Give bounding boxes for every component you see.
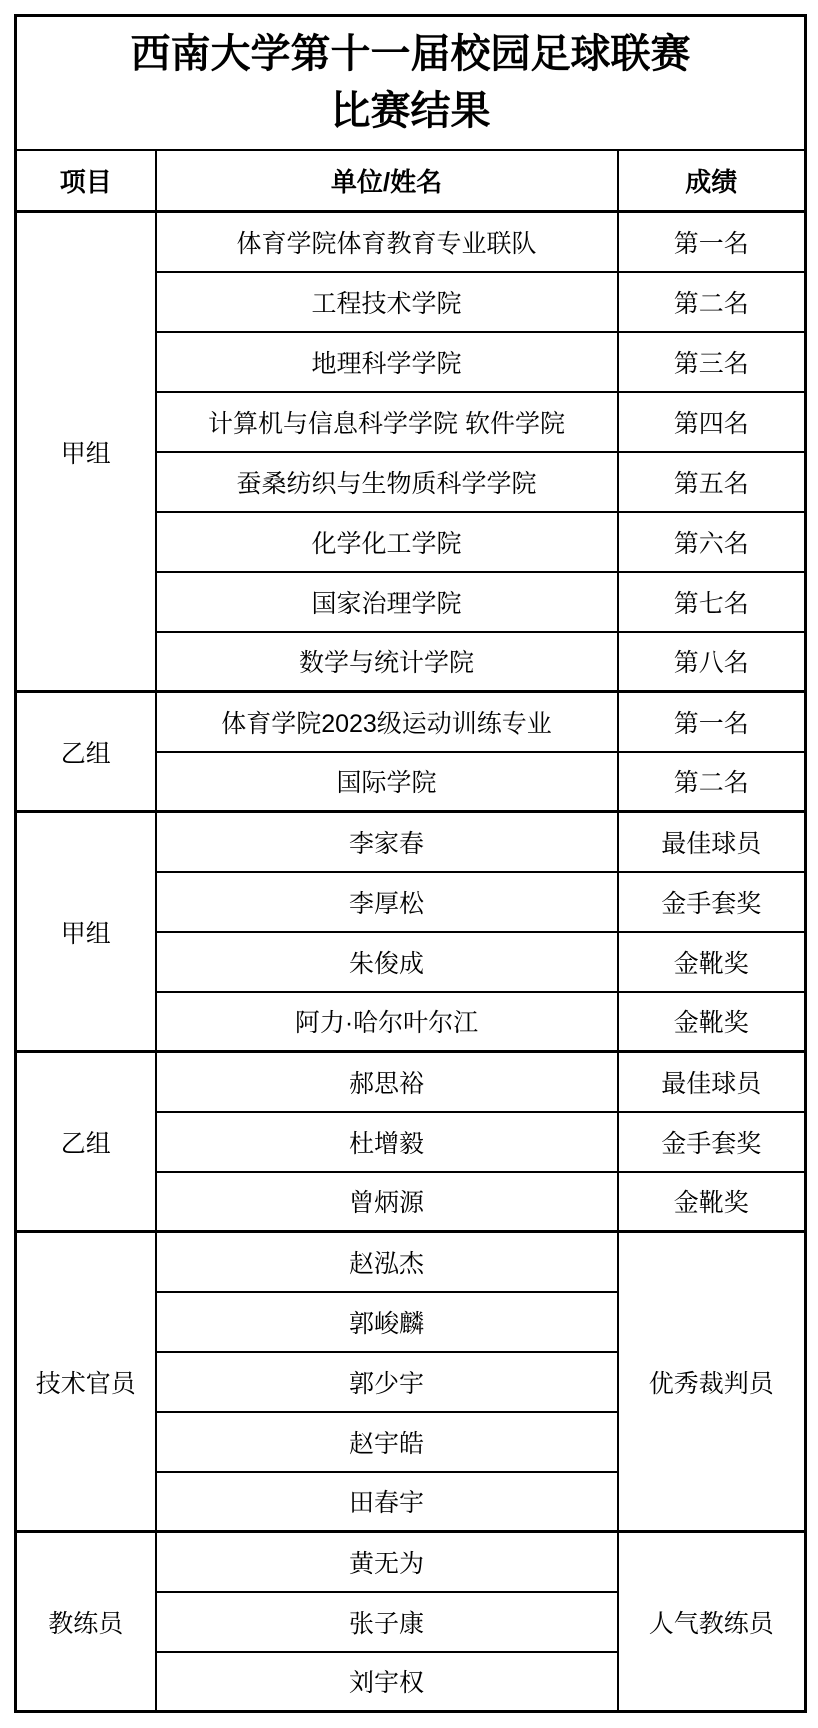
name-cell: 地理科学学院 — [156, 332, 618, 392]
result-cell: 第一名 — [618, 212, 806, 272]
header-result: 成绩 — [618, 150, 806, 212]
group-cell: 甲组 — [16, 812, 156, 1052]
name-cell: 国家治理学院 — [156, 572, 618, 632]
name-cell: 张子康 — [156, 1592, 618, 1652]
table-row: 乙组 郝思裕 最佳球员 — [16, 1052, 806, 1112]
name-cell: 国际学院 — [156, 752, 618, 812]
title-row: 西南大学第十一届校园足球联赛 比赛结果 — [16, 16, 806, 150]
name-cell: 赵宇皓 — [156, 1412, 618, 1472]
name-cell: 赵泓杰 — [156, 1232, 618, 1292]
name-cell: 刘宇权 — [156, 1652, 618, 1712]
name-cell: 阿力·哈尔叶尔江 — [156, 992, 618, 1052]
name-cell: 黄无为 — [156, 1532, 618, 1592]
name-cell: 曾炳源 — [156, 1172, 618, 1232]
result-cell: 第三名 — [618, 332, 806, 392]
result-cell: 金靴奖 — [618, 992, 806, 1052]
table-row: 教练员 黄无为 人气教练员 — [16, 1532, 806, 1592]
result-cell: 第四名 — [618, 392, 806, 452]
result-cell: 第二名 — [618, 272, 806, 332]
result-cell: 第八名 — [618, 632, 806, 692]
result-cell: 第五名 — [618, 452, 806, 512]
name-cell: 朱俊成 — [156, 932, 618, 992]
result-cell: 最佳球员 — [618, 812, 806, 872]
table-title-line2: 比赛结果 — [23, 83, 798, 140]
name-cell: 李厚松 — [156, 872, 618, 932]
name-cell: 郭少宇 — [156, 1352, 618, 1412]
result-cell: 第二名 — [618, 752, 806, 812]
name-cell: 工程技术学院 — [156, 272, 618, 332]
table-title-line1: 西南大学第十一届校园足球联赛 — [23, 26, 798, 83]
table-row: 技术官员 赵泓杰 优秀裁判员 — [16, 1232, 806, 1292]
name-cell: 化学化工学院 — [156, 512, 618, 572]
result-cell: 金靴奖 — [618, 932, 806, 992]
merged-result-cell: 优秀裁判员 — [618, 1232, 806, 1532]
name-cell: 计算机与信息科学学院 软件学院 — [156, 392, 618, 452]
table-title: 西南大学第十一届校园足球联赛 比赛结果 — [16, 16, 806, 150]
group-cell: 教练员 — [16, 1532, 156, 1712]
result-cell: 最佳球员 — [618, 1052, 806, 1112]
result-cell: 第六名 — [618, 512, 806, 572]
header-item: 项目 — [16, 150, 156, 212]
name-cell: 李家春 — [156, 812, 618, 872]
result-cell: 金手套奖 — [618, 872, 806, 932]
header-unit-name: 单位/姓名 — [156, 150, 618, 212]
name-cell: 杜增毅 — [156, 1112, 618, 1172]
result-cell: 第一名 — [618, 692, 806, 752]
name-cell: 体育学院体育教育专业联队 — [156, 212, 618, 272]
group-cell: 技术官员 — [16, 1232, 156, 1532]
group-cell: 乙组 — [16, 692, 156, 812]
merged-result-cell: 人气教练员 — [618, 1532, 806, 1712]
document-page: 西南大学第十一届校园足球联赛 比赛结果 项目 单位/姓名 成绩 甲组 体育学院体… — [0, 0, 818, 1728]
result-cell: 金手套奖 — [618, 1112, 806, 1172]
table-row: 乙组 体育学院2023级运动训练专业 第一名 — [16, 692, 806, 752]
name-cell: 郝思裕 — [156, 1052, 618, 1112]
results-table: 西南大学第十一届校园足球联赛 比赛结果 项目 单位/姓名 成绩 甲组 体育学院体… — [14, 14, 807, 1713]
name-cell: 蚕桑纺织与生物质科学学院 — [156, 452, 618, 512]
table-row: 甲组 体育学院体育教育专业联队 第一名 — [16, 212, 806, 272]
name-cell: 体育学院2023级运动训练专业 — [156, 692, 618, 752]
group-cell: 乙组 — [16, 1052, 156, 1232]
name-cell: 郭峻麟 — [156, 1292, 618, 1352]
header-row: 项目 单位/姓名 成绩 — [16, 150, 806, 212]
group-cell: 甲组 — [16, 212, 156, 692]
table-row: 甲组 李家春 最佳球员 — [16, 812, 806, 872]
result-cell: 第七名 — [618, 572, 806, 632]
result-cell: 金靴奖 — [618, 1172, 806, 1232]
name-cell: 数学与统计学院 — [156, 632, 618, 692]
name-cell: 田春宇 — [156, 1472, 618, 1532]
